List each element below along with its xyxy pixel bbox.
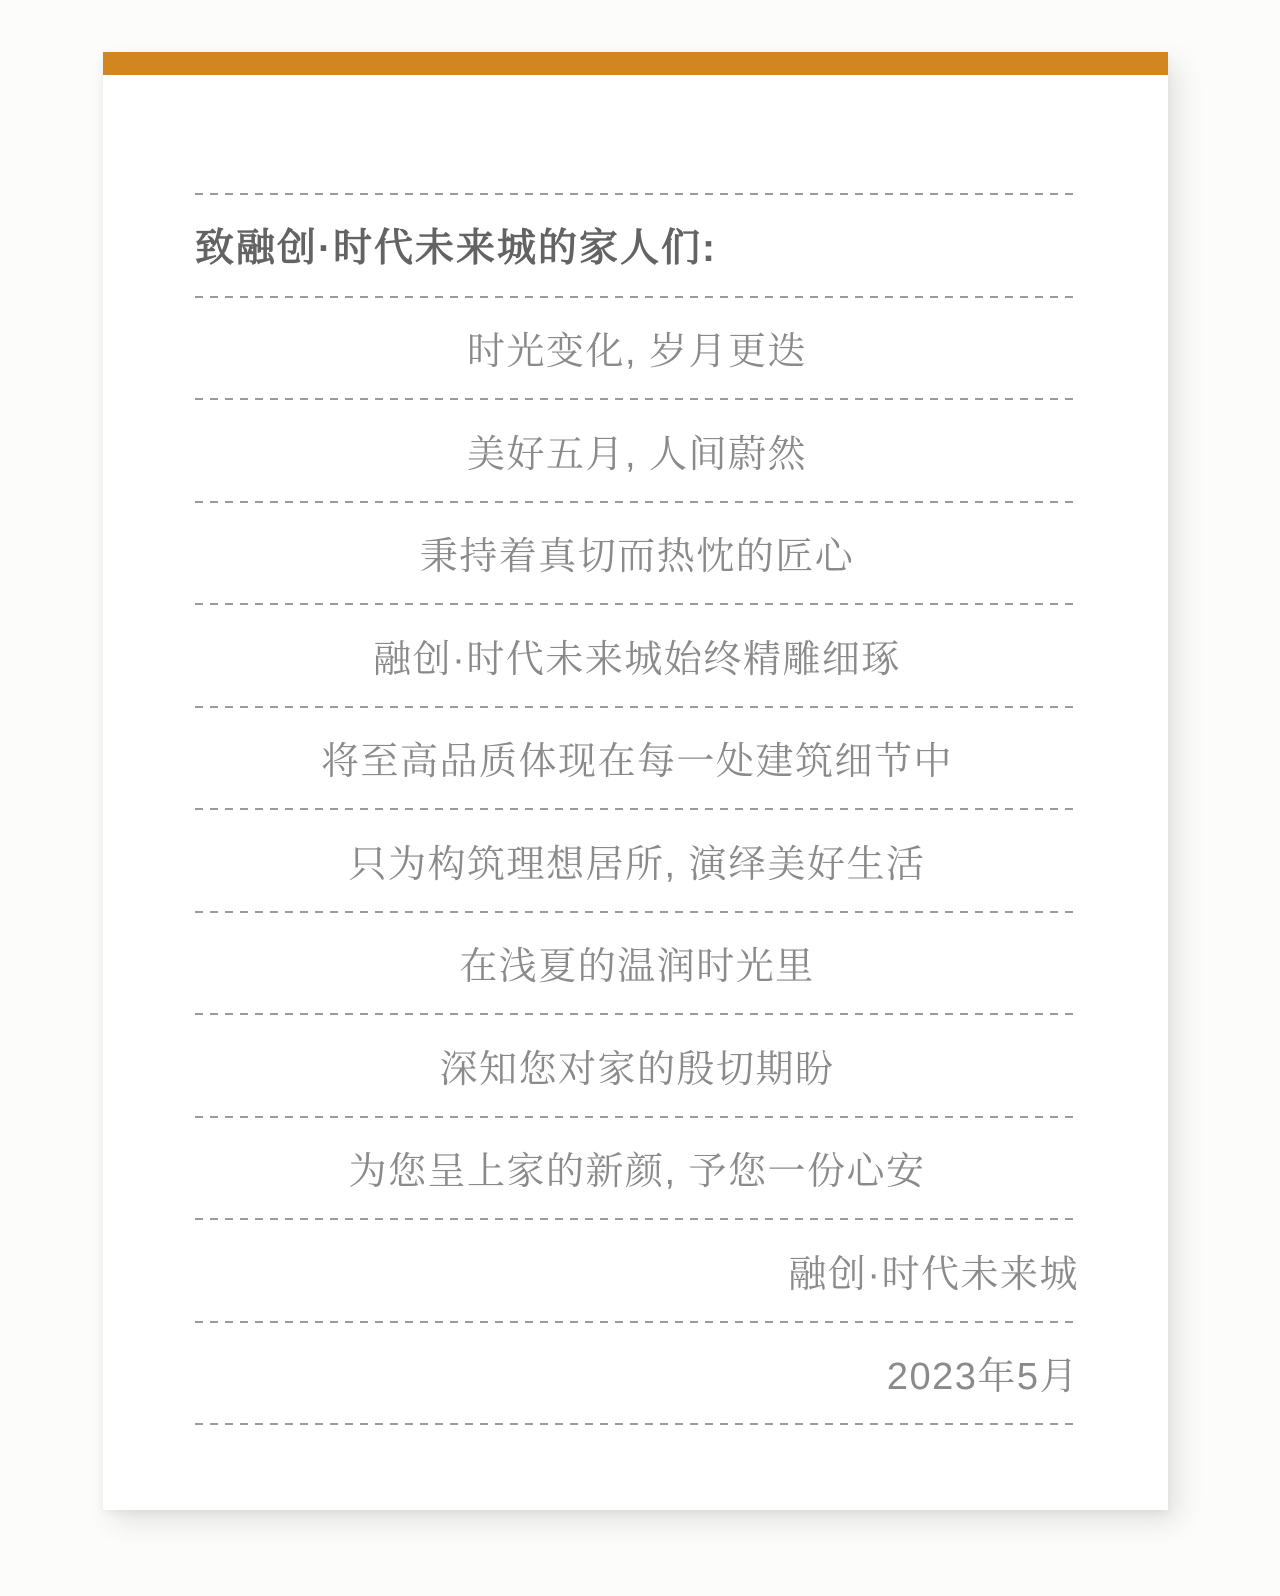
accent-bar bbox=[103, 52, 1168, 75]
letter-card: 致融创·时代未来城的家人们: 时光变化, 岁月更迭 美好五月, 人间蔚然 秉持着… bbox=[103, 52, 1168, 1510]
letter-line: 时光变化, 岁月更迭 bbox=[195, 298, 1079, 399]
letter-date: 2023年5月 bbox=[195, 1323, 1079, 1424]
letter-line: 只为构筑理想居所, 演绎美好生活 bbox=[195, 810, 1079, 911]
letter-line: 融创·时代未来城始终精雕细琢 bbox=[195, 605, 1079, 706]
letter-line: 深知您对家的殷切期盼 bbox=[195, 1015, 1079, 1116]
letter-line: 在浅夏的温润时光里 bbox=[195, 913, 1079, 1014]
letter-line: 为您呈上家的新颜, 予您一份心安 bbox=[195, 1118, 1079, 1219]
letter-salutation: 致融创·时代未来城的家人们: bbox=[195, 195, 1079, 296]
letter-signature: 融创·时代未来城 bbox=[195, 1220, 1079, 1321]
letter-line: 秉持着真切而热忱的匠心 bbox=[195, 503, 1079, 604]
page-background: 致融创·时代未来城的家人们: 时光变化, 岁月更迭 美好五月, 人间蔚然 秉持着… bbox=[0, 0, 1280, 1596]
dashed-divider bbox=[195, 1423, 1079, 1425]
letter-line: 将至高品质体现在每一处建筑细节中 bbox=[195, 708, 1079, 809]
letter-line: 美好五月, 人间蔚然 bbox=[195, 400, 1079, 501]
letter-content: 致融创·时代未来城的家人们: 时光变化, 岁月更迭 美好五月, 人间蔚然 秉持着… bbox=[103, 75, 1168, 1425]
